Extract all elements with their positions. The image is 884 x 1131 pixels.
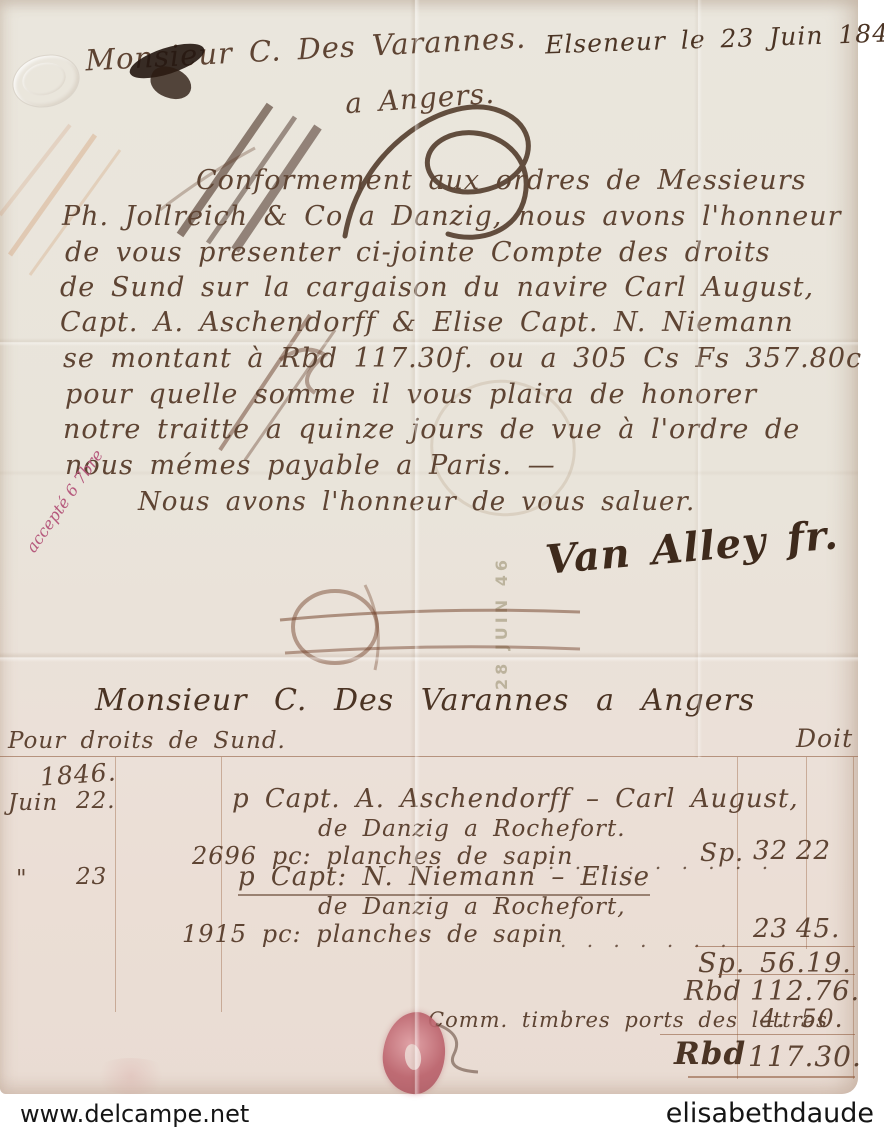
crossed-out-marks — [270, 575, 600, 685]
body-line: de Sund sur la cargaison du navire Carl … — [60, 272, 814, 303]
body-line: notre traitte a quinze jours de vue à l'… — [63, 414, 800, 445]
table-top-rule — [0, 756, 858, 757]
body-line: Conformement aux ordres de Messieurs — [196, 165, 806, 196]
closing-line: Nous avons l'honneur de vous saluer. — [138, 487, 695, 517]
sum-rule-final — [688, 1076, 855, 1078]
entry-month: Juin — [8, 790, 58, 816]
signature: Van Alley fr. — [544, 511, 841, 583]
total-label: Rbd — [674, 1036, 746, 1072]
entry-amount-frac: 22 — [796, 836, 831, 866]
entry-desc: p Capt: N. Niemann – Elise — [238, 862, 650, 896]
entry-desc: p Capt. A. Aschendorff – Carl August, — [232, 784, 799, 814]
delcampe-watermark: www.delcampe.net — [20, 1100, 249, 1128]
entry-currency: Sp. — [700, 838, 744, 867]
account-heading: Monsieur C. Des Varannes a Angers — [95, 683, 755, 718]
total-label: Rbd — [684, 976, 742, 1007]
entry-amount-frac: 45. — [796, 914, 840, 944]
entry-qty: 1915 pc: planches de sapin — [182, 920, 563, 948]
dateline: Elseneur le 23 Juin 1846. — [545, 18, 884, 60]
table-col-rule — [853, 757, 854, 1079]
entry-day: 23 — [76, 864, 107, 890]
body-line: de vous presenter ci-jointe Compte des d… — [65, 237, 771, 268]
body-line: Ph. Jollreich & Co a Danzig, nous avons … — [62, 201, 842, 232]
wax-seal-squiggle — [428, 1016, 488, 1076]
entry-amount: 32 — [753, 836, 788, 866]
entry-amount: 23 — [753, 914, 788, 944]
account-year: 1846. — [39, 757, 117, 791]
pink-smudge — [90, 1058, 172, 1094]
sum-rule — [718, 974, 855, 975]
scanned-letter: Elseneur le 23 Juin 1846. Monsieur C. De… — [0, 0, 884, 1131]
entry-desc2: de Danzig a Rochefort. — [318, 816, 626, 842]
body-line: Capt. A. Aschendorff & Elise Capt. N. Ni… — [60, 307, 794, 338]
account-right-label: Doit — [796, 724, 853, 753]
body-line: nous mémes payable a Paris. — — [65, 450, 556, 481]
total-value: 117.30. — [748, 1040, 862, 1073]
sum-rule — [695, 946, 855, 947]
letter-paper: Elseneur le 23 Juin 1846. Monsieur C. De… — [0, 0, 858, 1094]
collector-watermark: elisabethdaude — [666, 1098, 874, 1129]
sum-rule — [660, 1034, 855, 1035]
body-line: se montant à Rbd 117.30f. ou a 305 Cs Fs… — [63, 343, 862, 374]
total-value: 4. 50. — [760, 1004, 844, 1033]
table-col-rule — [221, 757, 222, 1012]
entry-desc2: de Danzig a Rochefort, — [318, 894, 626, 920]
body-line: pour quelle somme il vous plaira de hono… — [65, 379, 757, 410]
entry-month: " — [16, 866, 28, 892]
account-left-label: Pour droits de Sund. — [8, 728, 286, 754]
entry-day: 22. — [76, 788, 116, 814]
total-value: 112.76. — [750, 976, 860, 1007]
